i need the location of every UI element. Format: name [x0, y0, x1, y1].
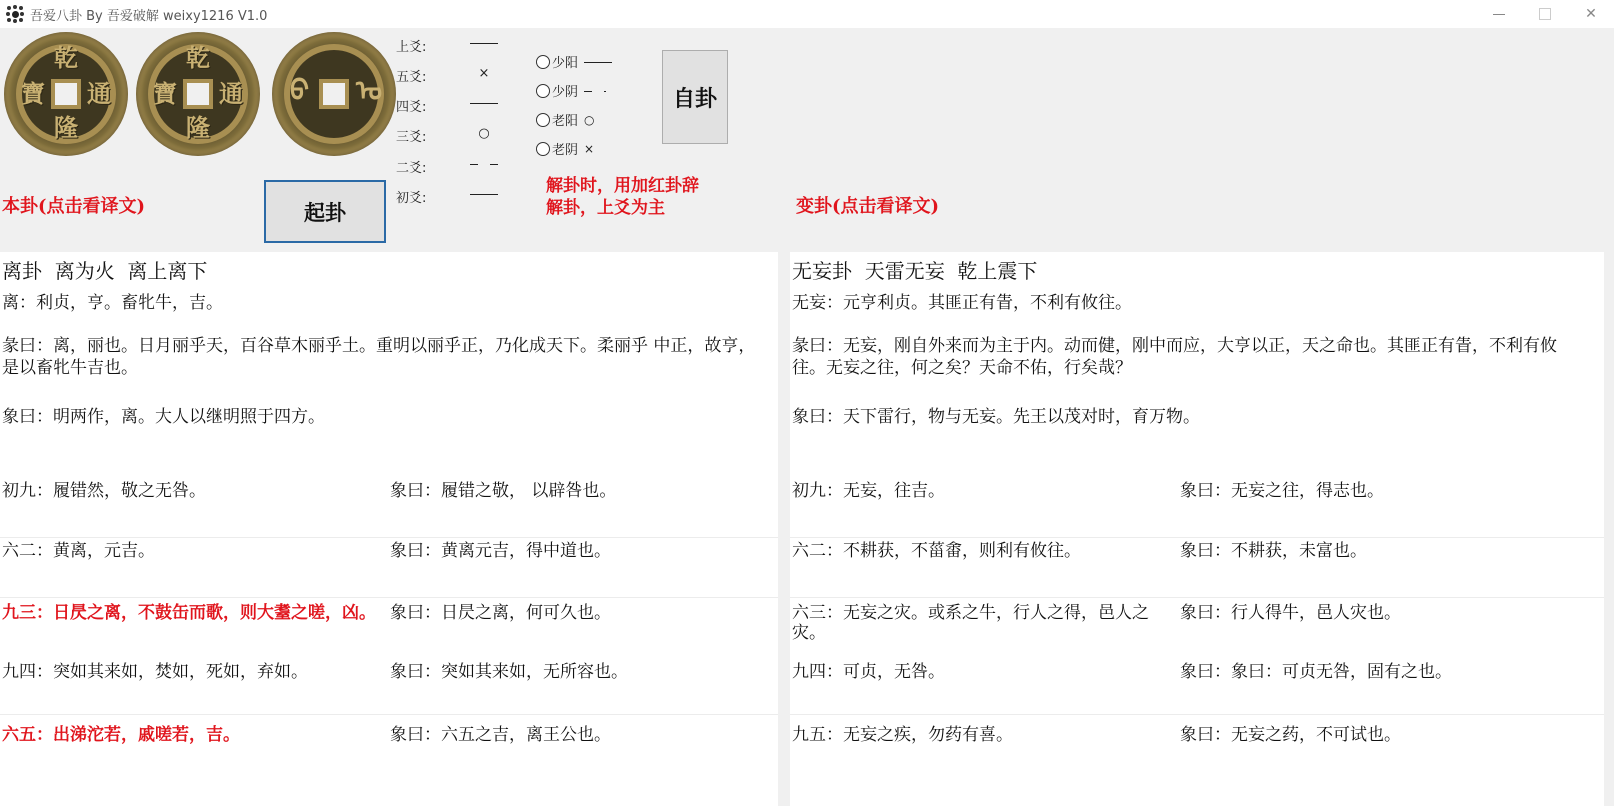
hexagram-header: 无妄卦 天雷无妄 乾上震下 — [792, 255, 1037, 284]
line-text: 六二：不耕获，不菑畬，则利有攸往。 — [792, 541, 1166, 561]
yao-value-third: ○ — [470, 126, 498, 141]
yao-label-first: 初爻: — [396, 187, 426, 206]
line-text: 九四：突如其来如，焚如，死如，弃如。 — [2, 662, 390, 682]
radio-circle-icon[interactable] — [536, 84, 550, 98]
radio-circle-icon[interactable] — [536, 142, 550, 156]
line-xiang: 象曰：不耕获，未富也。 — [1180, 541, 1367, 561]
line-text: 初九：无妄，往吉。 — [792, 481, 1180, 501]
yang-line-icon — [584, 62, 612, 63]
yao-value-fifth: × — [470, 66, 498, 81]
line-xiang: 象曰：黄离元吉，得中道也。 — [390, 541, 611, 561]
hexagram-header: 离卦 离为火 离上离下 — [2, 255, 207, 284]
close-button[interactable]: ✕ — [1568, 0, 1614, 28]
yao-value-fourth — [470, 96, 498, 111]
radio-circle-icon[interactable] — [536, 55, 550, 69]
yang-line-icon — [470, 43, 498, 44]
line-xiang: 象曰：象曰：可贞无咎，固有之也。 — [1180, 662, 1452, 682]
old-yin-cross-icon: × — [584, 142, 594, 156]
hexagram-judgment: 无妄：元亨利贞。其匪正有眚，不利有攸往。 — [792, 292, 1132, 314]
line-xiang: 象曰：行人得牛，邑人灾也。 — [1180, 603, 1401, 623]
hexagram-judgment: 离：利贞，亨。畜牝牛，吉。 — [2, 292, 223, 314]
yao-label-fifth: 五爻: — [396, 66, 426, 85]
radio-shaoyin[interactable]: 少阴 — [536, 81, 606, 100]
window-title: 吾爱八卦 By 吾爱破解 weixy1216 V1.0 — [30, 5, 267, 24]
line-xiang: 象曰：履错之敬， 以辟咎也。 — [390, 481, 616, 501]
coin-char: 通 — [219, 82, 243, 106]
coin-char: 隆 — [54, 116, 78, 140]
title-bar: 吾爱八卦 By 吾爱破解 weixy1216 V1.0 ✕ — [0, 0, 1614, 28]
coin-char: 隆 — [186, 116, 210, 140]
line-xiang: 象曰：六五之吉，离王公也。 — [390, 725, 611, 745]
line-text: 初九：履错然，敬之无咎。 — [2, 481, 390, 501]
radio-laoyang[interactable]: 老阳 ○ — [536, 110, 595, 129]
yao-value-first — [470, 187, 498, 202]
line-text-highlighted: 六五：出涕沱若，戚嗟若，吉。 — [2, 725, 390, 745]
yin-line-icon — [584, 91, 606, 92]
bagua-app-icon — [6, 5, 24, 23]
yao-value-top — [470, 36, 498, 51]
coin-manchu-char: ᠣ — [356, 76, 382, 106]
line-xiang: 象曰：日昃之离，何可久也。 — [390, 603, 611, 623]
coin-manchu-char: ᠪ — [290, 76, 309, 106]
maximize-button[interactable] — [1522, 0, 1568, 28]
line-text: 九五：无妄之疾，勿药有喜。 — [792, 725, 1180, 745]
changed-hexagram-panel: 无妄卦 天雷无妄 乾上震下 无妄：元亨利贞。其匪正有眚，不利有攸往。 彖曰：无妄… — [790, 252, 1604, 806]
line-text: 六三：无妄之灾。或系之牛，行人之得，邑人之灾。 — [792, 603, 1166, 643]
coin-char: 乾 — [54, 46, 78, 70]
yao-label-third: 三爻: — [396, 126, 426, 145]
line-text-highlighted: 九三：日昃之离，不鼓缶而歌，则大耋之嗟，凶。 — [2, 603, 390, 623]
coin-char: 通 — [87, 82, 111, 106]
radio-shaoyang[interactable]: 少阳 — [536, 52, 612, 71]
coin-char: 乾 — [186, 46, 210, 70]
radio-laoyin[interactable]: 老阴 × — [536, 139, 594, 158]
original-hexagram-link[interactable]: 本卦(点击看译文) — [2, 192, 145, 218]
radio-circle-icon[interactable] — [536, 113, 550, 127]
coin-2-front: 乾 隆 寶 通 — [136, 32, 260, 156]
coin-char: 寶 — [21, 82, 45, 106]
line-text: 九四：可贞，无咎。 — [792, 662, 1180, 682]
yang-line-icon — [470, 103, 498, 104]
cast-hexagram-button[interactable]: 起卦 — [264, 180, 386, 243]
hexagram-xiang: 象曰：天下雷行，物与无妄。先王以茂对时，育万物。 — [792, 406, 1200, 428]
line-xiang: 象曰：无妄之往，得志也。 — [1180, 481, 1384, 501]
hexagram-tuan: 彖曰：离，丽也。日月丽乎天，百谷草木丽乎土。重明以丽乎正，乃化成天下。柔丽乎 中… — [2, 335, 772, 379]
old-yang-circle-icon: ○ — [584, 113, 594, 127]
yao-label-top: 上爻: — [396, 36, 426, 55]
coin-3-back: ᠪ ᠣ — [272, 32, 396, 156]
hexagram-xiang: 象曰：明两作，离。大人以继明照于四方。 — [2, 406, 325, 428]
interpretation-note: 解卦时，用加红卦辞 解卦，上爻为主 — [546, 175, 699, 219]
original-hexagram-panel: 离卦 离为火 离上离下 离：利贞，亨。畜牝牛，吉。 彖曰：离，丽也。日月丽乎天，… — [0, 252, 778, 806]
yao-value-second — [470, 157, 498, 172]
line-xiang: 象曰：突如其来如，无所容也。 — [390, 662, 628, 682]
line-xiang: 象曰：无妄之药，不可试也。 — [1180, 725, 1401, 745]
line-text: 六二：黄离，元吉。 — [2, 541, 390, 561]
yang-line-icon — [470, 194, 498, 195]
hexagram-tuan: 彖曰：无妄，刚自外来而为主于内。动而健，刚中而应，大亨以正，天之命也。其匪正有眚… — [792, 335, 1562, 379]
yin-line-icon — [470, 164, 498, 165]
self-hexagram-button[interactable]: 自卦 — [662, 50, 728, 144]
yao-label-fourth: 四爻: — [396, 96, 426, 115]
changed-hexagram-link[interactable]: 变卦(点击看译文) — [796, 192, 982, 218]
coin-char: 寶 — [153, 82, 177, 106]
window-controls: ✕ — [1476, 0, 1614, 28]
coin-1-front: 乾 隆 寶 通 — [4, 32, 128, 156]
minimize-button[interactable] — [1476, 0, 1522, 28]
yao-label-second: 二爻: — [396, 157, 426, 176]
